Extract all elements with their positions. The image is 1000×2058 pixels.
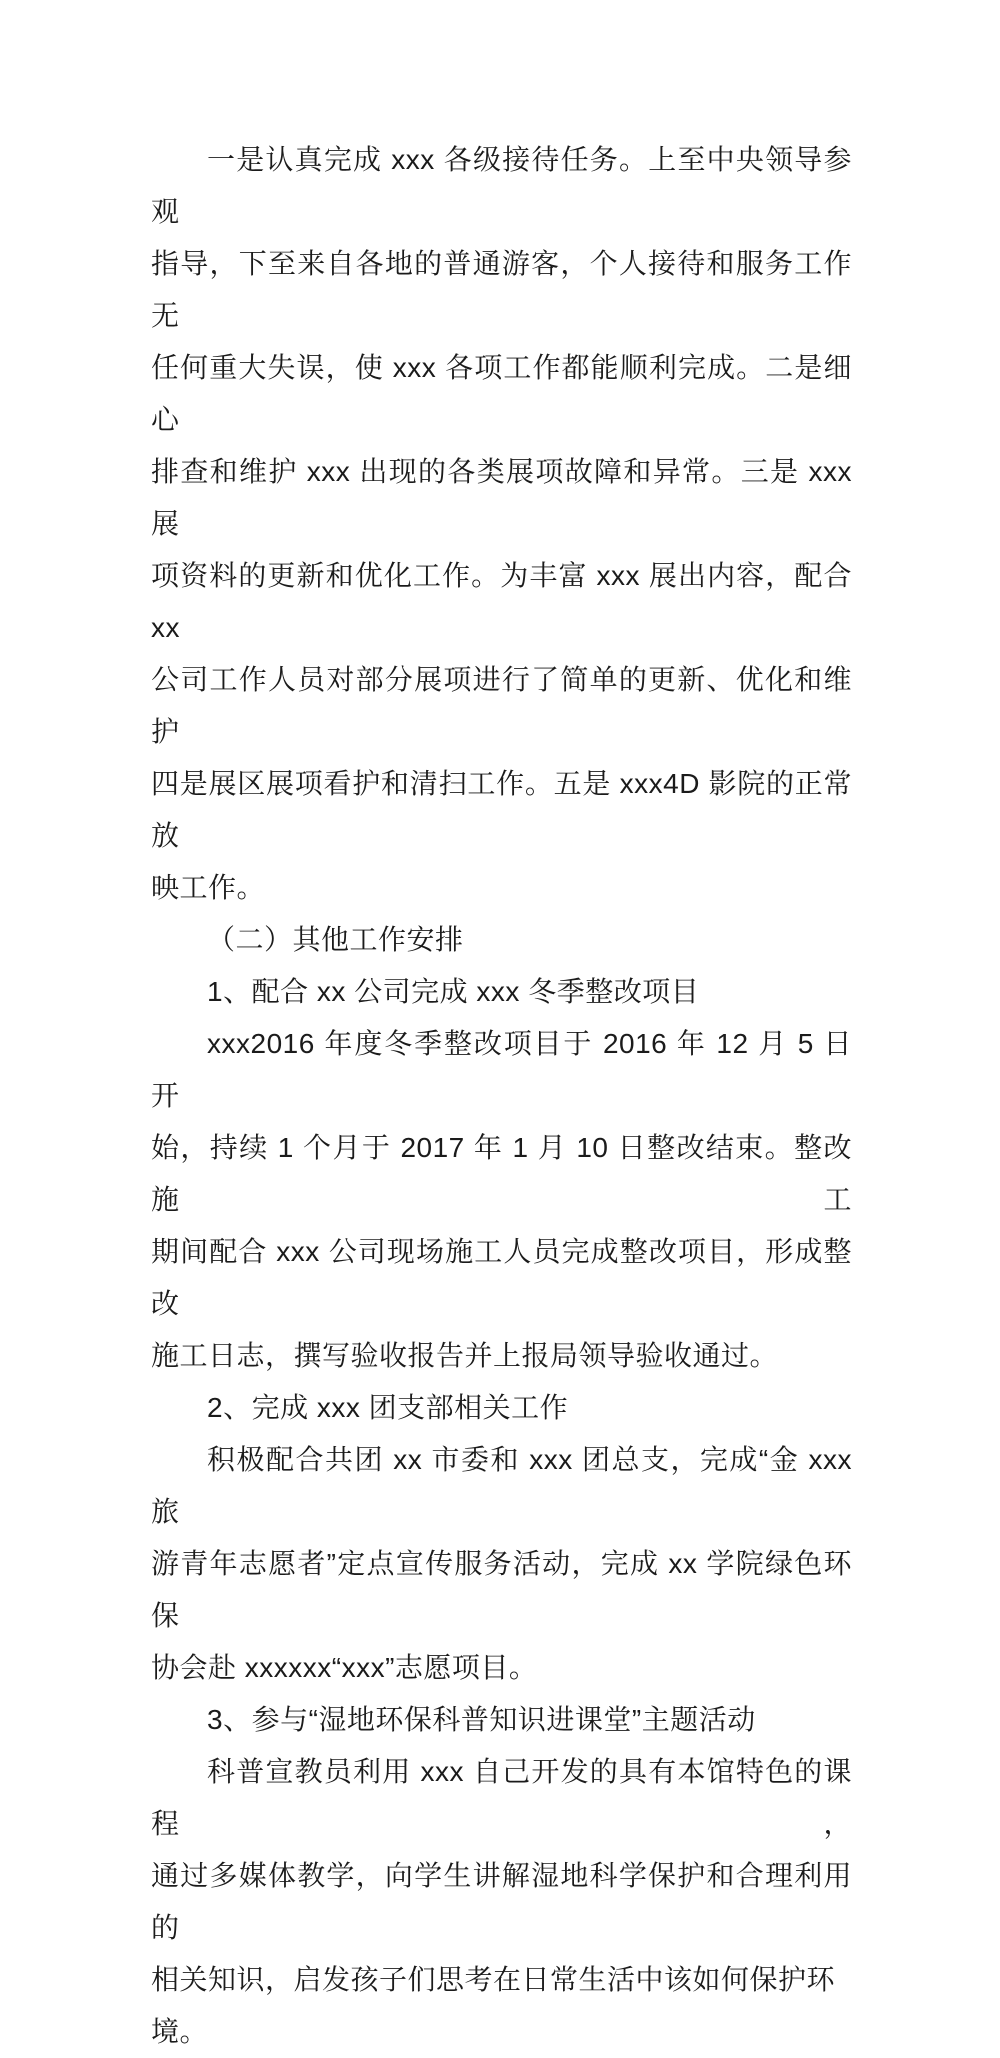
text-line: 始，持续 1 个月于 2017 年 1 月 10 日整改结束。整改施工 bbox=[151, 1122, 852, 1226]
section-heading: （二）其他工作安排 bbox=[151, 914, 852, 966]
item-heading: 3、参与“湿地环保科普知识进课堂”主题活动 bbox=[151, 1694, 852, 1746]
text-line: 科普宣教员利用 xxx 自己开发的具有本馆特色的课程， bbox=[151, 1746, 852, 1850]
text-line: 通过多媒体教学，向学生讲解湿地科学保护和合理利用的 bbox=[151, 1850, 852, 1954]
text-line: 积极配合共团 xx 市委和 xxx 团总支，完成“金 xxx 旅 bbox=[151, 1434, 852, 1538]
text-line: 一是认真完成 xxx 各级接待任务。上至中央领导参观 bbox=[151, 134, 852, 238]
document-text-block: 一是认真完成 xxx 各级接待任务。上至中央领导参观 指导，下至来自各地的普通游… bbox=[151, 134, 852, 2058]
text-line: 映工作。 bbox=[151, 862, 852, 914]
item-heading: 1、配合 xx 公司完成 xxx 冬季整改项目 bbox=[151, 966, 852, 1018]
text-line: 任何重大失误，使 xxx 各项工作都能顺利完成。二是细心 bbox=[151, 342, 852, 446]
item-heading: 2、完成 xxx 团支部相关工作 bbox=[151, 1382, 852, 1434]
text-line: 指导，下至来自各地的普通游客，个人接待和服务工作无 bbox=[151, 238, 852, 342]
text-line: 协会赴 xxxxxx“xxx”志愿项目。 bbox=[151, 1642, 852, 1694]
document-page: 一是认真完成 xxx 各级接待任务。上至中央领导参观 指导，下至来自各地的普通游… bbox=[0, 0, 1000, 1415]
text-line: 游青年志愿者”定点宣传服务活动，完成 xx 学院绿色环保 bbox=[151, 1538, 852, 1642]
text-line: 相关知识，启发孩子们思考在日常生活中该如何保护环境。 bbox=[151, 1954, 852, 2058]
text-line: 排查和维护 xxx 出现的各类展项故障和异常。三是 xxx 展 bbox=[151, 446, 852, 550]
text-line: 四是展区展项看护和清扫工作。五是 xxx4D 影院的正常放 bbox=[151, 758, 852, 862]
text-line: 项资料的更新和优化工作。为丰富 xxx 展出内容，配合 xx bbox=[151, 550, 852, 654]
text-line: 公司工作人员对部分展项进行了简单的更新、优化和维护 bbox=[151, 654, 852, 758]
text-line: 施工日志，撰写验收报告并上报局领导验收通过。 bbox=[151, 1330, 852, 1382]
text-line: xxx2016 年度冬季整改项目于 2016 年 12 月 5 日开 bbox=[151, 1018, 852, 1122]
text-line: 期间配合 xxx 公司现场施工人员完成整改项目，形成整改 bbox=[151, 1226, 852, 1330]
